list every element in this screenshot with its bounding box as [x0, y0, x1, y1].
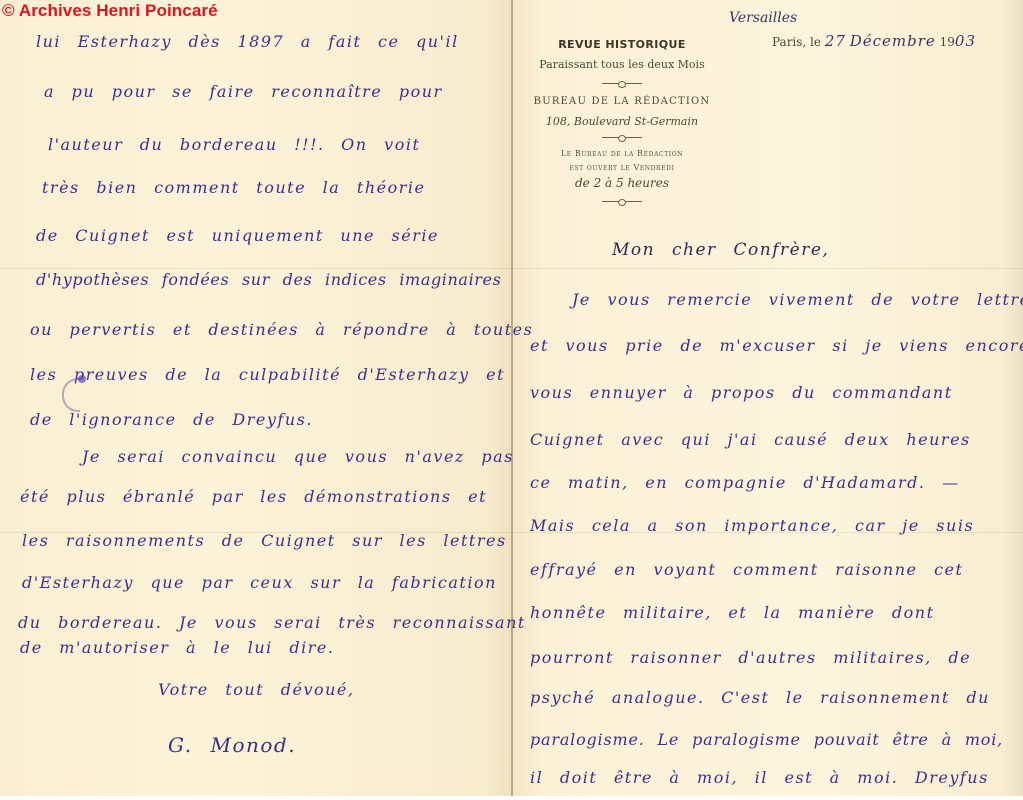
- right-line: Cuignet avec qui j'ai causé deux heures: [530, 430, 971, 449]
- ornament-divider-icon: [602, 83, 642, 84]
- right-line: Je vous remercie vivement de votre lettr…: [572, 290, 1023, 309]
- left-line: a pu pour se faire reconnaître pour: [44, 82, 443, 101]
- left-line: très bien comment toute la théorie: [42, 178, 425, 197]
- dateline-month: Décembre: [850, 32, 936, 50]
- paper-crease: [0, 268, 1023, 269]
- letterhead-title: REVUE HISTORIQUE: [537, 38, 707, 51]
- dateline-day: 27: [825, 32, 846, 50]
- right-line: il doit être à moi, il est à moi. Dreyfu…: [530, 768, 989, 787]
- left-line: Je serai convaincu que vous n'avez pas: [82, 447, 514, 466]
- letterhead-subtitle: Paraissant tous les deux Mois: [527, 58, 717, 71]
- letterhead-hours-line1: Le Bureau de la Rédaction: [527, 149, 717, 158]
- left-line: de m'autoriser à le lui dire.: [20, 638, 334, 657]
- right-line: effrayé en voyant comment raisonne cet: [530, 560, 963, 579]
- right-line: ce matin, en compagnie d'Hadamard. —: [530, 473, 960, 492]
- dateline-printed-prefix: Paris, le: [772, 35, 821, 49]
- dateline: Paris, le 27 Décembre 1903: [772, 32, 976, 50]
- dateline-year-prefix: 19: [940, 35, 955, 49]
- letterhead-hours-line2: est ouvert le Vendredi: [527, 163, 717, 172]
- left-line: de l'ignorance de Dreyfus.: [30, 410, 313, 429]
- salutation: Mon cher Confrère,: [612, 240, 829, 260]
- right-line: vous ennuyer à propos du commandant: [530, 383, 953, 402]
- right-line: et vous prie de m'excuser si je viens en…: [530, 336, 1023, 355]
- letterhead-hours-line3: de 2 à 5 heures: [527, 176, 717, 190]
- archive-watermark: © Archives Henri Poincaré: [2, 1, 218, 21]
- left-line: de Cuignet est uniquement une série: [36, 226, 439, 245]
- left-line: les preuves de la culpabilité d'Esterhaz…: [30, 365, 505, 384]
- left-line: d'hypothèses fondées sur des indices ima…: [36, 270, 501, 289]
- left-line: été plus ébranlé par les démonstrations …: [20, 487, 487, 506]
- left-line: du bordereau. Je vous serai très reconna…: [18, 613, 526, 632]
- ornament-divider-icon: [602, 201, 642, 202]
- letterhead-bureau: BUREAU DE LA RÉDACTION: [527, 96, 717, 107]
- handwritten-place: Versailles: [729, 10, 797, 26]
- left-line: les raisonnements de Cuignet sur les let…: [22, 531, 507, 550]
- ornament-divider-icon: [602, 137, 642, 138]
- right-line: pourront raisonner d'autres militaires, …: [530, 648, 971, 667]
- closing: Votre tout dévoué,: [158, 680, 354, 699]
- right-line: psyché analogue. C'est le raisonnement d…: [530, 688, 990, 707]
- scan-bottom-margin: [0, 796, 1023, 800]
- left-line: ou pervertis et destinées à répondre à t…: [30, 320, 533, 339]
- signature: G. Monod.: [168, 733, 296, 757]
- right-line: Mais cela a son importance, car je suis: [530, 516, 974, 535]
- ink-blot: [78, 375, 86, 383]
- left-line: l'auteur du bordereau !!!. On voit: [48, 135, 420, 154]
- letterhead-address: 108, Boulevard St-Germain: [527, 115, 717, 128]
- page-fold: [511, 0, 513, 796]
- right-line: honnête militaire, et la manière dont: [530, 603, 935, 622]
- left-line: d'Esterhazy que par ceux sur la fabricat…: [22, 573, 497, 592]
- left-line: lui Esterhazy dès 1897 a fait ce qu'il: [36, 32, 459, 51]
- right-line: paralogisme. Le paralogisme pouvait être…: [530, 730, 1003, 749]
- dateline-year-suffix: 03: [955, 32, 976, 50]
